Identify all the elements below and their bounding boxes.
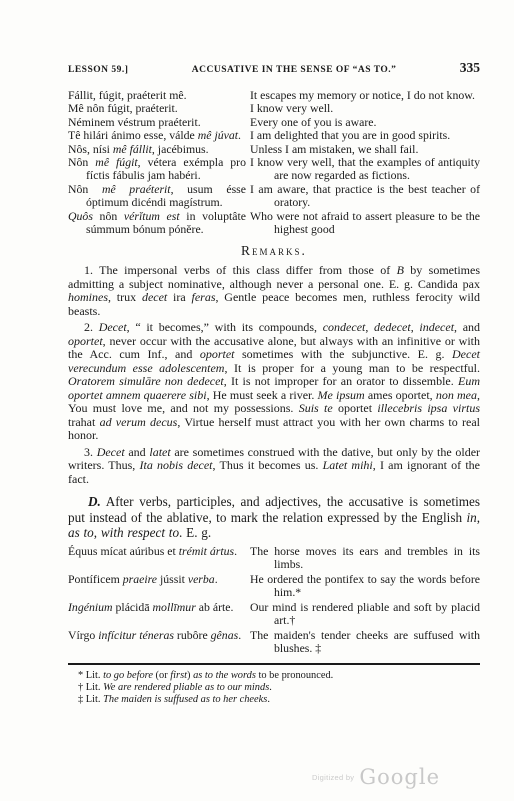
text-run: Nôs, nísi (68, 142, 113, 156)
italic-run: Oratorem simulāre non dedecet (68, 374, 224, 388)
remark-paragraph-2: 2. Decet, “ it becomes,” with its compou… (68, 321, 480, 443)
english-cell: It escapes my memory or notice, I do not… (250, 89, 480, 102)
latin-cell: Quôs nôn vérĭtum est in voluptâte súmmum… (68, 210, 250, 237)
text-run: Every one of you is aware. (250, 115, 376, 129)
latin-cell: Tê hilári ánimo esse, válde mê júvat. (68, 129, 250, 142)
example-row: Nôs, nísi mê fállit, jacébimus.Unless I … (68, 143, 480, 156)
remarks-heading: Remarks. (68, 243, 480, 259)
footnote-divider (68, 663, 480, 665)
italic-run: Ita nobis decet (139, 458, 212, 472)
text-run: I know very well. (250, 101, 333, 115)
text-run: Néminem véstrum praéterit. (68, 115, 201, 129)
italic-run: homines (68, 290, 108, 304)
example-table-2: Équus mícat aúribus et trémit ártus.The … (68, 545, 480, 655)
text-run: 2. (84, 320, 99, 334)
example-table-1: Fállit, fúgit, praéterit mê.It escapes m… (68, 89, 480, 236)
text-run: I know very well, that the examples of a… (250, 155, 480, 182)
example-row: Tê hilári ánimo esse, válde mê júvat.I a… (68, 129, 480, 142)
text-run: * Lit. (78, 670, 103, 681)
italic-run: as to (68, 525, 94, 540)
italic-run: latet (149, 445, 170, 459)
example-row: Mê nôn fúgit, praéterit.I know very well… (68, 102, 480, 115)
text-run: The horse moves its ears and trembles in… (250, 544, 480, 571)
italic-run: Decet (99, 320, 127, 334)
example-row: Quôs nôn vérĭtum est in voluptâte súmmum… (68, 210, 480, 237)
watermark: Digitized by Google (312, 767, 440, 788)
italic-run: dedecet (374, 320, 411, 334)
page-content: LESSON 59.] ACCUSATIVE IN THE SENSE OF “… (68, 60, 480, 706)
italic-run: Ingénium (68, 600, 113, 614)
remark-paragraph-1: 1. The impersonal verbs of this class di… (68, 264, 480, 318)
italic-run: first (170, 670, 187, 681)
text-run: He ordered the pontifex to say the words… (250, 572, 480, 599)
italic-run: Me ipsum (318, 388, 365, 402)
text-run: Who were not afraid to assert pleasure t… (250, 209, 480, 236)
text-run: 3. (84, 445, 97, 459)
lesson-label: LESSON 59.] (68, 65, 128, 75)
text-run: , Thus it becomes us. (213, 458, 323, 472)
page-number: 335 (460, 60, 480, 76)
text-run: plácidā (113, 600, 153, 614)
italic-run: mê fúgit (95, 155, 137, 169)
latin-cell: Pontíficem praeire jússit verba. (68, 573, 250, 600)
italic-run: decet (142, 290, 167, 304)
text-run: ab árte. (196, 600, 234, 614)
italic-run: illecebris ipsa virtus (377, 401, 480, 415)
text-run: oportet (333, 401, 378, 415)
text-run: It escapes my memory or notice, I do not… (250, 88, 475, 102)
text-run: sometimes with the subjunctive. E. g. (235, 347, 453, 361)
text-run: ames oportet, (365, 388, 436, 402)
text-run: Unless I am mistaken, we shall fail. (250, 142, 418, 156)
text-run: ‡ Lit. (78, 694, 103, 705)
latin-cell: Nôn mê fúgit, vétera exémpla pro fíctis … (68, 156, 250, 183)
italic-run: as to the words (193, 670, 256, 681)
italic-run: oportet (68, 334, 103, 348)
latin-cell: Vírgo infícitur téneras rubôre gênas. (68, 629, 250, 656)
italic-run: non mea (436, 388, 477, 402)
text-run: † Lit. (78, 682, 103, 693)
footnote-3: ‡ Lit. The maiden is suffused as to her … (78, 694, 480, 706)
latin-cell: Néminem véstrum praéterit. (68, 116, 250, 129)
text-run: I am aware, that practice is the best te… (250, 182, 480, 209)
text-run: , and (454, 320, 480, 334)
italic-run: praeire (123, 572, 157, 586)
italic-run: mollīmur (153, 600, 196, 614)
text-run: (or (153, 670, 170, 681)
italic-run: in (466, 510, 476, 525)
text-run: Fállit, fúgit, praéterit mê. (68, 88, 187, 102)
english-cell: The maiden's tender cheeks are suffused … (250, 629, 480, 656)
text-run: , trux (108, 290, 142, 304)
example-row: Nôn mê fúgit, vétera exémpla pro fíctis … (68, 156, 480, 183)
italic-run: Decet (97, 445, 125, 459)
text-run: ira (167, 290, 191, 304)
italic-run: vérĭtum est (124, 209, 180, 223)
text-run: , He must seek a river. (207, 388, 318, 402)
english-cell: Our mind is rendered pliable and soft by… (250, 601, 480, 628)
italic-run: feras (192, 290, 216, 304)
text-run: Our mind is rendered pliable and soft by… (250, 600, 480, 627)
latin-cell: Nôs, nísi mê fállit, jacébimus. (68, 143, 250, 156)
text-run: , It is not improper for an orator to di… (224, 374, 458, 388)
text-run: and (125, 445, 150, 459)
italic-run: gênas (211, 628, 239, 642)
text-run: I am delighted that you are in good spir… (250, 128, 450, 142)
italic-run: The maiden is suffused as to her cheeks (103, 694, 267, 705)
text-run: jússit (157, 572, 188, 586)
google-logo: Google (359, 767, 440, 788)
watermark-text: Digitized by (312, 773, 354, 782)
italic-run: Latet mihi (323, 458, 373, 472)
english-cell: Unless I am mistaken, we shall fail. (250, 143, 480, 156)
text-run: nôn (93, 209, 124, 223)
italic-run: Suis te (299, 401, 333, 415)
text-run: . (238, 628, 241, 642)
remark-paragraph-3: 3. Decet and latet are sometimes constru… (68, 446, 480, 487)
text-run: , It is proper for a young man to be res… (224, 361, 480, 375)
example-row: Vírgo infícitur téneras rubôre gênas.The… (68, 629, 480, 656)
text-run: After verbs, participles, and adjectives… (68, 494, 480, 524)
example-row: Fállit, fúgit, praéterit mê.It escapes m… (68, 89, 480, 102)
text-run: , “ it becomes,” with its compounds, (127, 320, 323, 334)
text-run: Équus mícat aúribus et (68, 544, 179, 558)
text-run: . (267, 694, 270, 705)
example-row: Pontíficem praeire jússit verba.He order… (68, 573, 480, 600)
italic-run: condecet (323, 320, 366, 334)
footnotes: * Lit. to go before (or first) as to the… (68, 670, 480, 706)
text-run: Mê nôn fúgit, praéterit. (68, 101, 178, 115)
italic-run: verba (188, 572, 215, 586)
text-run: , (477, 510, 480, 525)
italic-run: oportet (200, 347, 235, 361)
example-row: Équus mícat aúribus et trémit ártus.The … (68, 545, 480, 572)
example-row: Ingénium plácidā mollīmur ab árte.Our mi… (68, 601, 480, 628)
footnote-1: * Lit. to go before (or first) as to the… (78, 670, 480, 682)
text-run: Vírgo (68, 628, 98, 642)
italic-run: mê júvat (198, 128, 238, 142)
italic-run: with respect to (101, 525, 179, 540)
latin-cell: Nôn mê praéterit, usum ésse óptimum dicé… (68, 183, 250, 210)
latin-cell: Équus mícat aúribus et trémit ártus. (68, 545, 250, 572)
running-header: LESSON 59.] ACCUSATIVE IN THE SENSE OF “… (68, 60, 480, 76)
text-run: , (365, 320, 374, 334)
italic-run: We are rendered pliable as to our minds (103, 682, 269, 693)
latin-cell: Mê nôn fúgit, praéterit. (68, 102, 250, 115)
chapter-title: ACCUSATIVE IN THE SENSE OF “AS TO.” (192, 65, 397, 75)
text-run: . (269, 682, 272, 693)
text-run: to be pronounced. (256, 670, 333, 681)
italic-run: ad verum decus (100, 415, 178, 429)
text-run: , (94, 525, 101, 540)
english-cell: Every one of you is aware. (250, 116, 480, 129)
text-run: Nôn (68, 182, 102, 196)
english-cell: I know very well, that the examples of a… (250, 156, 480, 183)
rule-d-paragraph: D. After verbs, participles, and adjecti… (68, 494, 480, 540)
italic-run: mê praéterit (102, 182, 171, 196)
italic-run: mê fállit (113, 142, 152, 156)
latin-cell: Ingénium plácidā mollīmur ab árte. (68, 601, 250, 628)
english-cell: I am delighted that you are in good spir… (250, 129, 480, 142)
english-cell: He ordered the pontifex to say the words… (250, 573, 480, 600)
english-cell: I know very well. (250, 102, 480, 115)
italic-run: B (397, 263, 404, 277)
book-page: LESSON 59.] ACCUSATIVE IN THE SENSE OF “… (0, 0, 514, 801)
text-run: . (234, 544, 237, 558)
italic-run: to go before (103, 670, 153, 681)
text-run: . (238, 128, 241, 142)
text-run: 1. The impersonal verbs of this class di… (84, 263, 397, 277)
text-run: trahat (68, 415, 100, 429)
italic-run: indecet (419, 320, 454, 334)
text-run: , jacébimus. (152, 142, 209, 156)
example-row: Nôn mê praéterit, usum ésse óptimum dicé… (68, 183, 480, 210)
italic-run: trémit ártus (179, 544, 234, 558)
text-run: Nôn (68, 155, 95, 169)
text-run: The maiden's tender cheeks are suffused … (250, 628, 480, 655)
latin-cell: Fállit, fúgit, praéterit mê. (68, 89, 250, 102)
footnote-2: † Lit. We are rendered pliable as to our… (78, 682, 480, 694)
text-run: rubôre (174, 628, 211, 642)
text-run: . (215, 572, 218, 586)
english-cell: The horse moves its ears and trembles in… (250, 545, 480, 572)
italic-run: infícitur téneras (98, 628, 174, 642)
english-cell: Who were not afraid to assert pleasure t… (250, 210, 480, 237)
example-row: Néminem véstrum praéterit.Every one of y… (68, 116, 480, 129)
italic-run: Quôs (68, 209, 93, 223)
text-run: . E. g. (179, 525, 211, 540)
italic-run: D. (88, 494, 101, 509)
text-run: Tê hilári ánimo esse, válde (68, 128, 198, 142)
english-cell: I am aware, that practice is the best te… (250, 183, 480, 210)
text-run: Pontíficem (68, 572, 123, 586)
